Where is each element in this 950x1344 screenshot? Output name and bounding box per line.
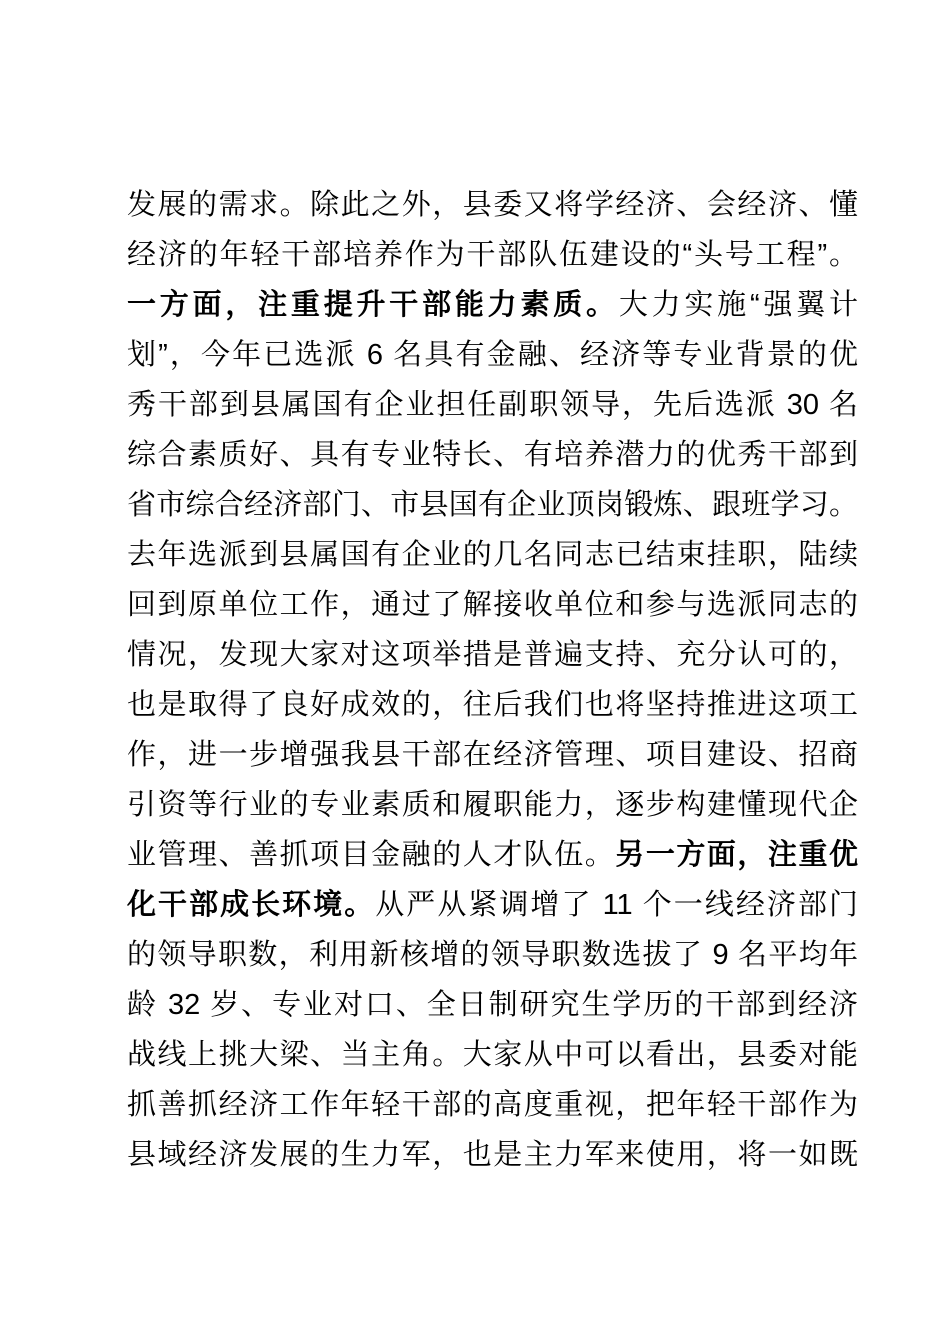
- text-segment: 综合素质好、具有专业特长、有培养潜力的优秀干部到: [127, 439, 858, 471]
- text-line: 一方面，注重提升干部能力素质。大力实施“强翼计: [127, 280, 858, 330]
- text-line: 也是取得了良好成效的，往后我们也将坚持推进这项工: [127, 680, 858, 730]
- text-line: 作，进一步增强我县干部在经济管理、项目建设、招商: [127, 730, 858, 780]
- text-line: 秀干部到县属国有企业担任副职领导，先后选派 30 名: [127, 380, 858, 430]
- text-line: 业管理、善抓项目金融的人才队伍。另一方面，注重优: [127, 830, 858, 880]
- document-page: 发展的需求。除此之外，县委又将学经济、会经济、懂经济的年轻干部培养作为干部队伍建…: [0, 0, 950, 1344]
- text-segment: 回到原单位工作，通过了解接收单位和参与选派同志的: [127, 589, 858, 621]
- text-line: 情况，发现大家对这项举措是普遍支持、充分认可的，: [127, 630, 858, 680]
- bold-text-segment: 一方面，注重提升干部能力素质。: [127, 289, 619, 321]
- text-segment: 的领导职数，利用新核增的领导职数选拔了 9 名平均年: [127, 939, 858, 971]
- text-segment: 也是取得了良好成效的，往后我们也将坚持推进这项工: [127, 689, 858, 721]
- text-line: 化干部成长环境。从严从紧调增了 11 个一线经济部门: [127, 880, 858, 930]
- text-segment: 从严从紧调增了 11 个一线经济部门: [375, 889, 858, 921]
- text-line: 的领导职数，利用新核增的领导职数选拔了 9 名平均年: [127, 930, 858, 980]
- text-line: 经济的年轻干部培养作为干部队伍建设的“头号工程”。: [127, 230, 858, 280]
- text-line: 抓善抓经济工作年轻干部的高度重视，把年轻干部作为: [127, 1080, 858, 1130]
- text-segment: 划”，今年已选派 6 名具有金融、经济等专业背景的优: [127, 339, 858, 371]
- text-line: 省市综合经济部门、市县国有企业顶岗锻炼、跟班学习。: [127, 480, 858, 530]
- text-segment: 省市综合经济部门、市县国有企业顶岗锻炼、跟班学习。: [127, 489, 858, 521]
- text-line: 龄 32 岁、专业对口、全日制研究生学历的干部到经济: [127, 980, 858, 1030]
- text-segment: 情况，发现大家对这项举措是普遍支持、充分认可的，: [127, 639, 858, 671]
- text-segment: 经济的年轻干部培养作为干部队伍建设的“头号工程”。: [127, 239, 858, 271]
- bold-text-segment: 化干部成长环境。: [127, 889, 375, 921]
- text-segment: 引资等行业的专业素质和履职能力，逐步构建懂现代企: [127, 789, 858, 821]
- text-segment: 县域经济发展的生力军，也是主力军来使用，将一如既: [127, 1139, 858, 1171]
- text-line: 县域经济发展的生力军，也是主力军来使用，将一如既: [127, 1130, 858, 1180]
- text-segment: 发展的需求。除此之外，县委又将学经济、会经济、懂: [127, 189, 858, 221]
- bold-text-segment: 另一方面，注重优: [615, 839, 858, 871]
- document-body: 发展的需求。除此之外，县委又将学经济、会经济、懂经济的年轻干部培养作为干部队伍建…: [127, 180, 858, 1180]
- text-line: 发展的需求。除此之外，县委又将学经济、会经济、懂: [127, 180, 858, 230]
- text-segment: 去年选派到县属国有企业的几名同志已结束挂职，陆续: [127, 539, 858, 571]
- text-segment: 业管理、善抓项目金融的人才队伍。: [127, 839, 615, 871]
- text-line: 综合素质好、具有专业特长、有培养潜力的优秀干部到: [127, 430, 858, 480]
- text-line: 引资等行业的专业素质和履职能力，逐步构建懂现代企: [127, 780, 858, 830]
- text-line: 战线上挑大梁、当主角。大家从中可以看出，县委对能: [127, 1030, 858, 1080]
- text-segment: 抓善抓经济工作年轻干部的高度重视，把年轻干部作为: [127, 1089, 858, 1121]
- text-segment: 秀干部到县属国有企业担任副职领导，先后选派 30 名: [127, 389, 858, 421]
- text-line: 划”，今年已选派 6 名具有金融、经济等专业背景的优: [127, 330, 858, 380]
- text-line: 去年选派到县属国有企业的几名同志已结束挂职，陆续: [127, 530, 858, 580]
- text-segment: 龄 32 岁、专业对口、全日制研究生学历的干部到经济: [127, 989, 858, 1021]
- text-line: 回到原单位工作，通过了解接收单位和参与选派同志的: [127, 580, 858, 630]
- text-segment: 作，进一步增强我县干部在经济管理、项目建设、招商: [127, 739, 858, 771]
- text-segment: 大力实施“强翼计: [619, 289, 858, 321]
- text-segment: 战线上挑大梁、当主角。大家从中可以看出，县委对能: [127, 1039, 858, 1071]
